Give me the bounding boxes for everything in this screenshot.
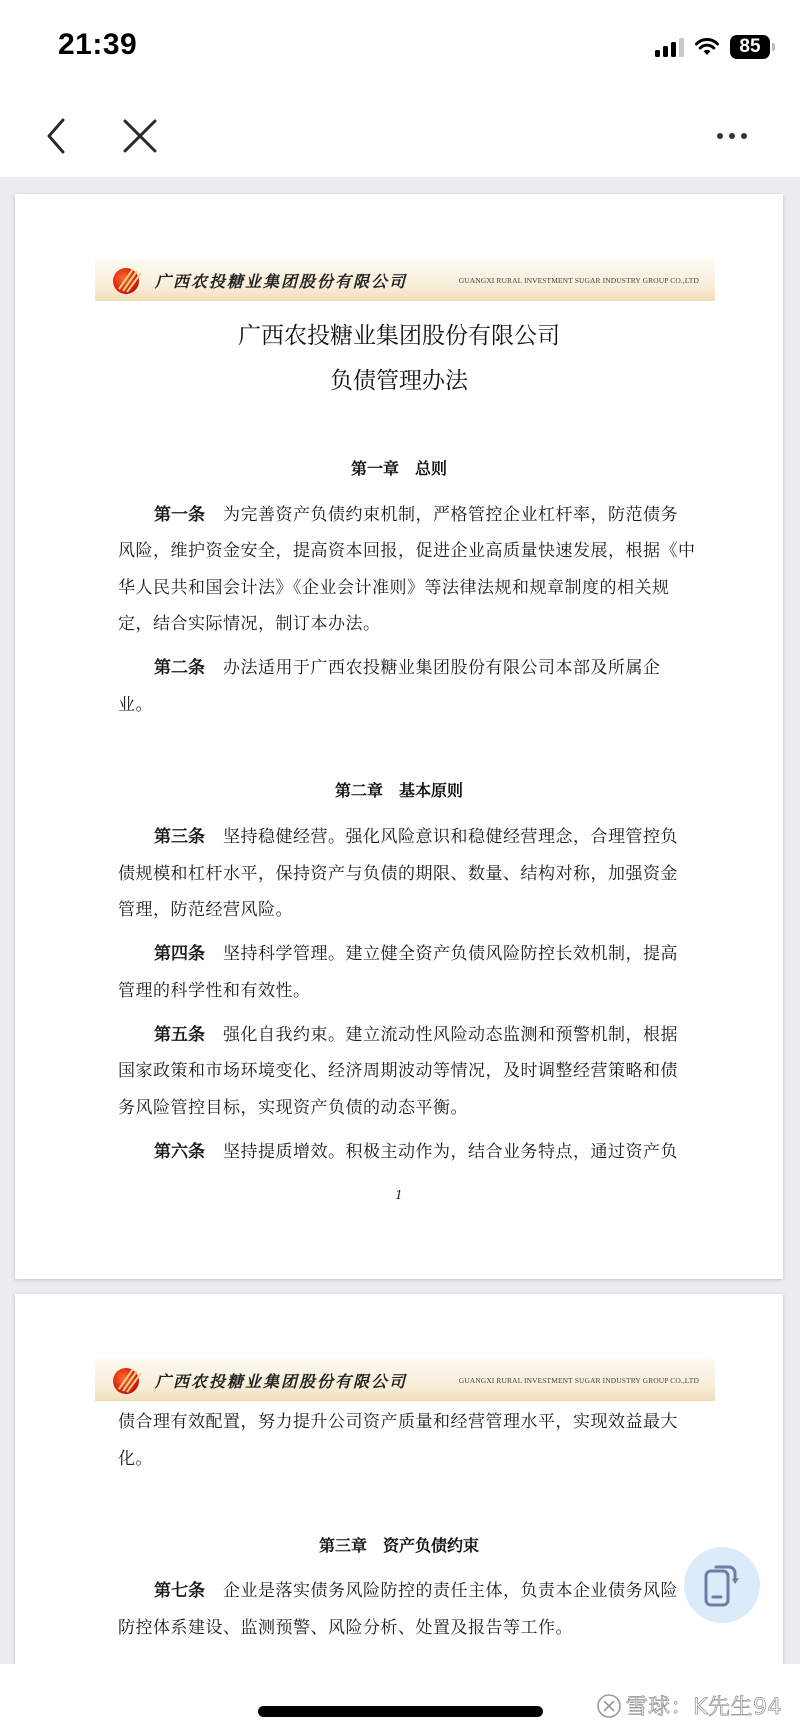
document-page-2: 广西农投糖业集团股份有限公司 GUANGXI RURAL INVESTMENT …	[15, 1294, 783, 1664]
article-label: 第四条	[154, 944, 205, 964]
signal-icon	[655, 37, 684, 57]
document-title: 广西农投糖业集团股份有限公司	[15, 317, 783, 350]
company-logo-icon	[111, 263, 145, 297]
article-line: 第四条坚持科学管理。建立健全资产负债风险防控长效机制，提高	[154, 939, 754, 964]
status-bar: 21:39 85	[0, 0, 800, 95]
chapter-heading: 第二章 基本原则	[15, 778, 783, 801]
nav-bar	[0, 95, 800, 177]
article-label: 第一条	[154, 505, 205, 525]
more-button[interactable]	[705, 95, 759, 177]
article-line: 第三条坚持稳健经营。强化风险意识和稳健经营理念，合理管控负	[154, 822, 754, 847]
letterhead-company-cn: 广西农投糖业集团股份有限公司	[155, 269, 407, 292]
article-line: 业。	[118, 690, 718, 715]
article-line: 务风险管控目标，实现资产负债的动态平衡。	[118, 1093, 718, 1118]
more-horizontal-icon	[715, 131, 749, 141]
rotate-screen-button[interactable]	[684, 1547, 760, 1623]
letterhead-company-en: GUANGXI RURAL INVESTMENT SUGAR INDUSTRY …	[459, 276, 699, 285]
article-line: 国家政策和市场环境变化、经济周期波动等情况，及时调整经营策略和债	[118, 1056, 718, 1081]
rotate-screen-icon	[702, 1561, 742, 1609]
company-logo-icon	[111, 1363, 145, 1397]
close-button[interactable]	[115, 95, 165, 177]
article-line: 华人民共和国会计法》《企业会计准则》等法律法规和规章制度的相关规	[118, 573, 718, 598]
home-indicator[interactable]	[258, 1706, 543, 1717]
status-icons: 85	[655, 34, 770, 60]
article-line: 债合理有效配置，努力提升公司资产质量和经营管理水平，实现效益最大	[118, 1407, 718, 1432]
document-viewer[interactable]: 广西农投糖业集团股份有限公司 GUANGXI RURAL INVESTMENT …	[0, 177, 800, 1664]
article-label: 第三条	[154, 827, 205, 847]
letterhead-company-en: GUANGXI RURAL INVESTMENT SUGAR INDUSTRY …	[459, 1376, 699, 1385]
article-line: 债规模和杠杆水平，保持资产与负债的期限、数量、结构对称，加强资金	[118, 859, 718, 884]
back-button[interactable]	[30, 95, 80, 177]
article-line: 化。	[118, 1444, 718, 1469]
close-icon	[121, 117, 159, 155]
article-label: 第六条	[154, 1142, 205, 1162]
document-page-1: 广西农投糖业集团股份有限公司 GUANGXI RURAL INVESTMENT …	[15, 194, 783, 1279]
article-label: 第二条	[154, 658, 205, 678]
article-line: 防控体系建设、监测预警、风险分析、处置及报告等工作。	[118, 1613, 718, 1638]
battery-icon: 85	[730, 35, 770, 59]
article-line: 第二条办法适用于广西农投糖业集团股份有限公司本部及所属企	[154, 653, 754, 678]
letterhead-company-cn: 广西农投糖业集团股份有限公司	[155, 1369, 407, 1392]
letterhead-banner: 广西农投糖业集团股份有限公司 GUANGXI RURAL INVESTMENT …	[95, 1359, 715, 1401]
page-number: 1	[15, 1188, 783, 1202]
article-line: 第七条企业是落实债务风险防控的责任主体，负责本企业债务风险	[154, 1576, 754, 1601]
article-line: 第五条强化自我约束。建立流动性风险动态监测和预警机制，根据	[154, 1020, 754, 1045]
battery-level: 85	[739, 36, 760, 58]
article-line: 管理，防范经营风险。	[118, 895, 718, 920]
letterhead-banner: 广西农投糖业集团股份有限公司 GUANGXI RURAL INVESTMENT …	[95, 259, 715, 301]
chevron-left-icon	[42, 116, 68, 156]
watermark-text: 雪球：K先生94	[626, 1690, 782, 1721]
chapter-heading: 第一章 总则	[15, 456, 783, 479]
xueqiu-logo-icon	[596, 1693, 622, 1719]
watermark: 雪球：K先生94	[596, 1690, 782, 1721]
article-label: 第七条	[154, 1581, 205, 1601]
article-line: 风险，维护资金安全，提高资本回报，促进企业高质量快速发展，根据《中	[118, 536, 718, 561]
status-time: 21:39	[58, 28, 137, 62]
chapter-heading: 第三章 资产负债约束	[15, 1533, 783, 1556]
article-line: 第六条坚持提质增效。积极主动作为，结合业务特点，通过资产负	[154, 1137, 754, 1162]
document-subtitle: 负债管理办法	[15, 362, 783, 395]
wifi-icon	[694, 37, 720, 57]
article-line: 管理的科学性和有效性。	[118, 976, 718, 1001]
article-line: 定，结合实际情况，制订本办法。	[118, 609, 718, 634]
article-label: 第五条	[154, 1025, 205, 1045]
article-line: 第一条为完善资产负债约束机制，严格管控企业杠杆率，防范债务	[154, 500, 754, 525]
